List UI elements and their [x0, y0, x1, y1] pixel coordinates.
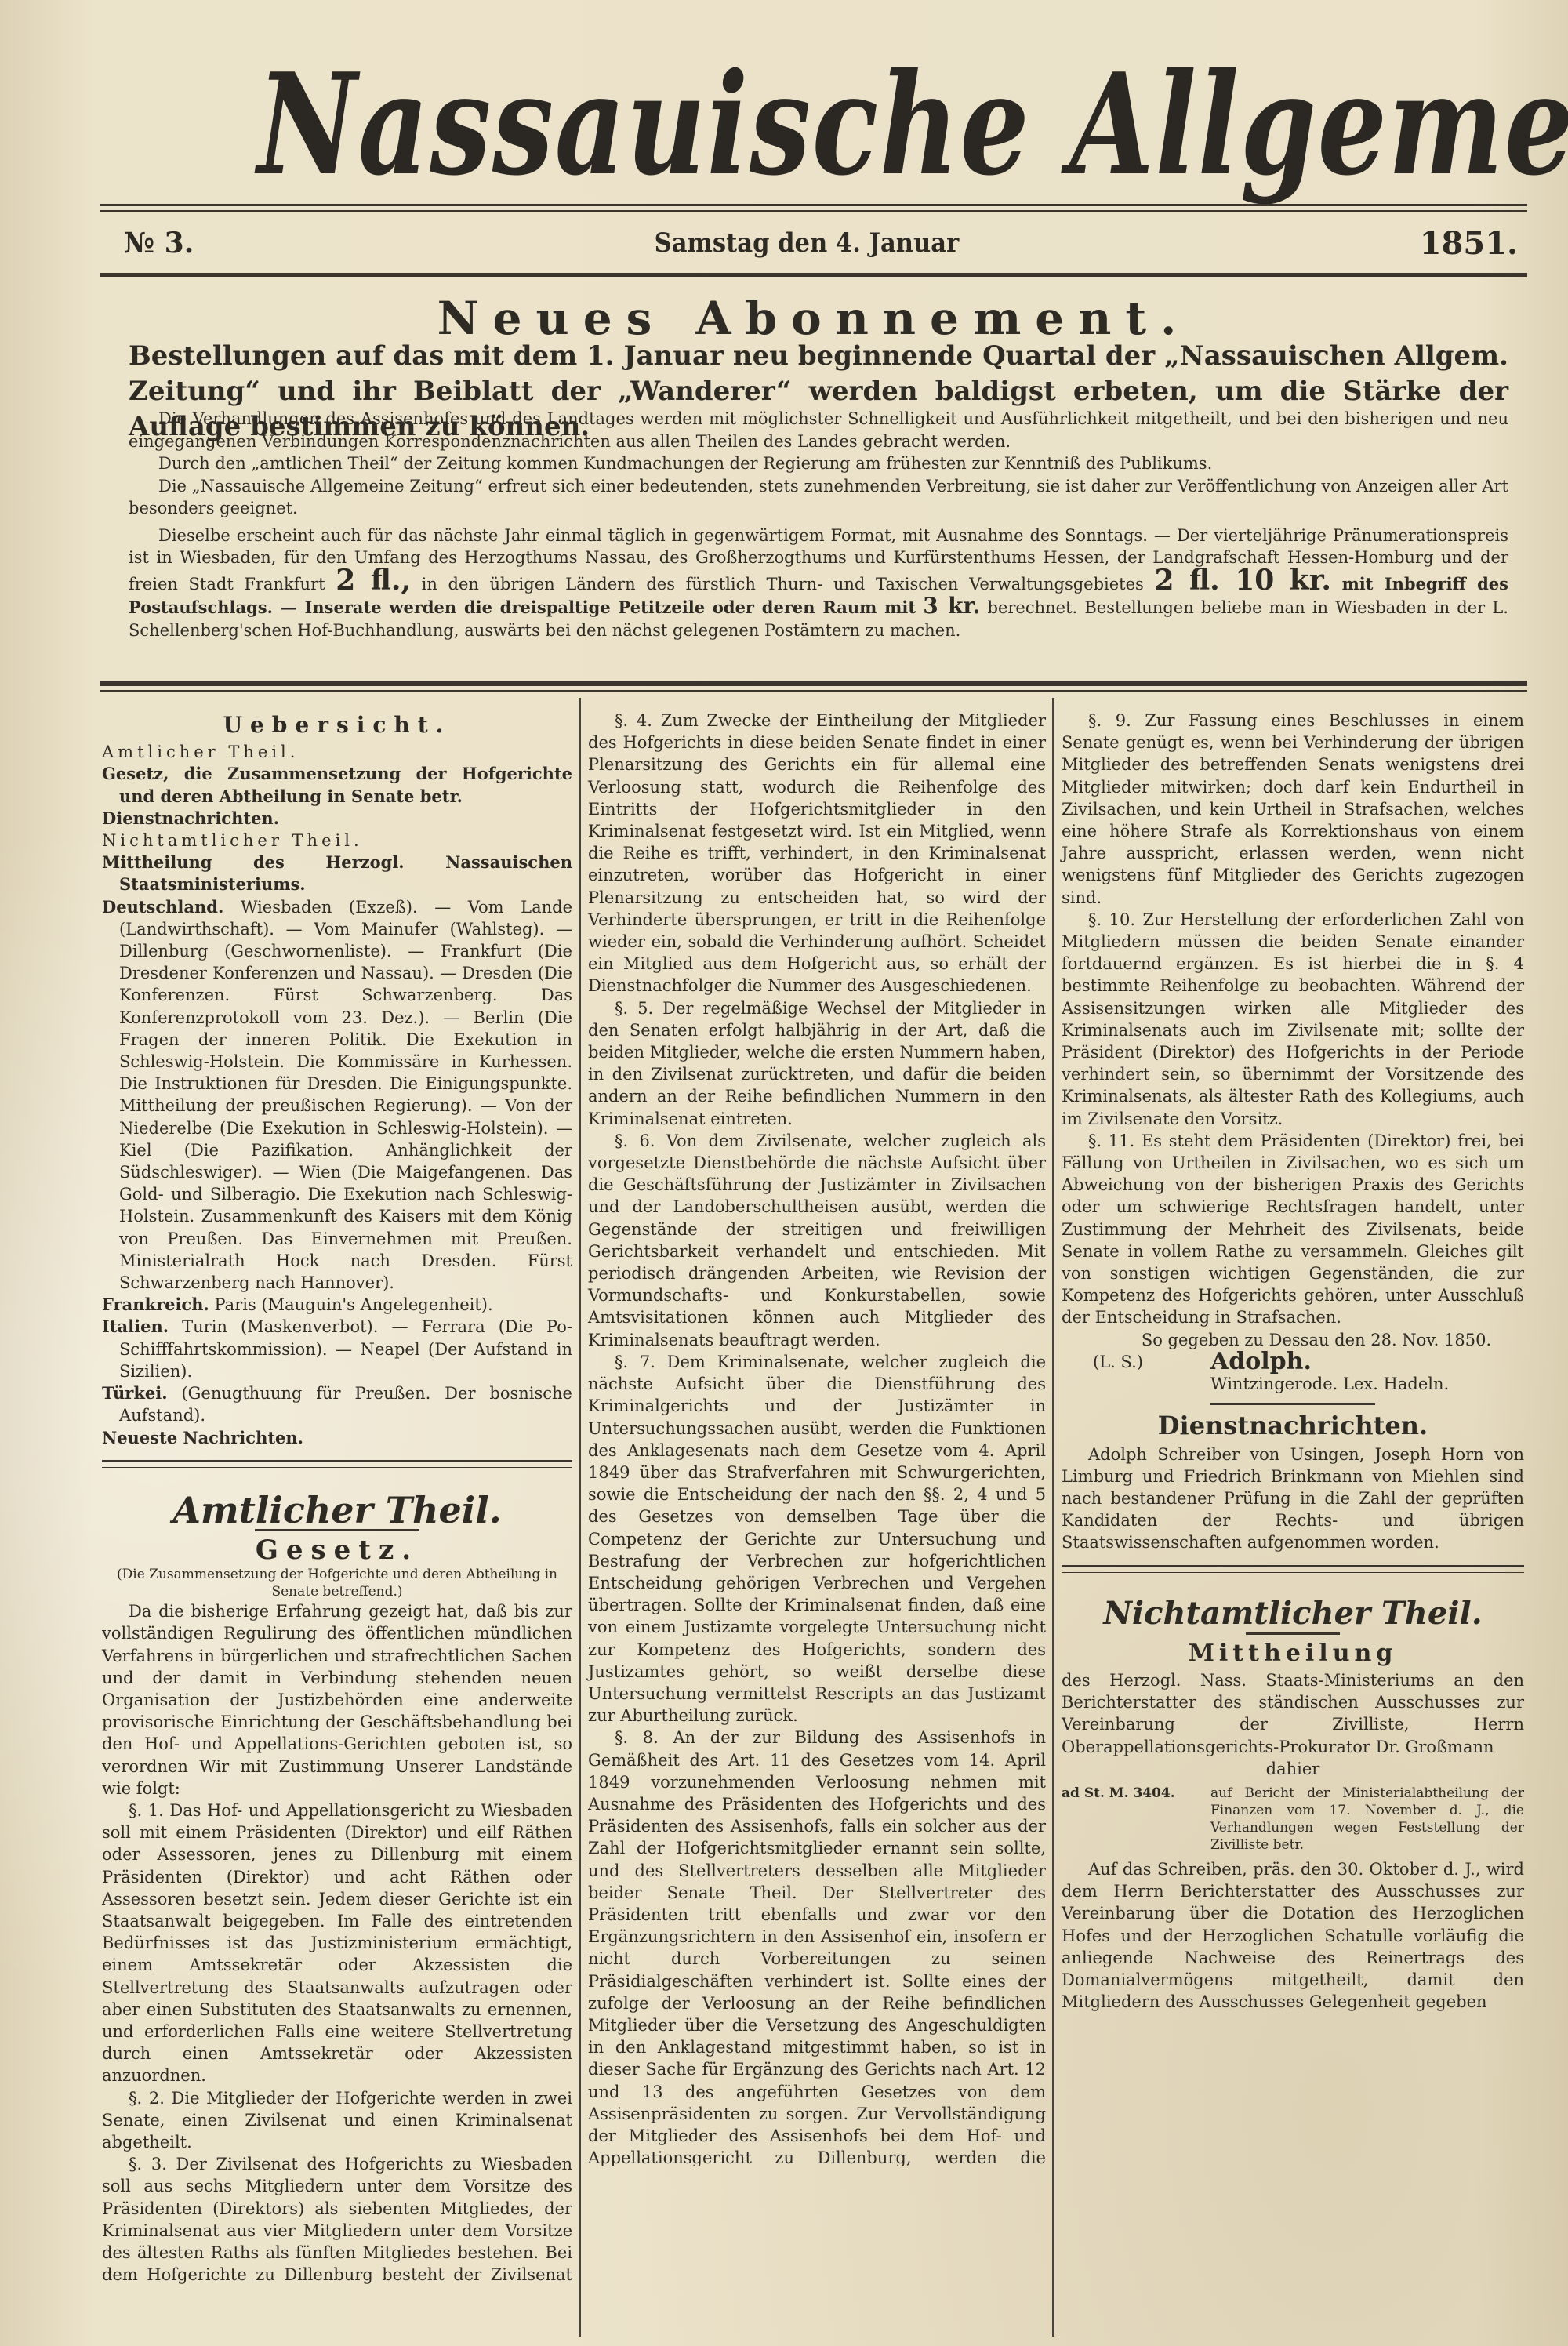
law-preamble: Da die bisherige Erfahrung gezeigt hat, …: [102, 1600, 572, 1799]
section-rule: [100, 681, 1527, 686]
column-3: §. 9. Zur Fassung eines Beschlusses in e…: [1062, 710, 1524, 2013]
law-paragraph: §. 1. Das Hof- und Appellationsgericht z…: [102, 1799, 572, 2087]
overview-country-italien: Italien. Turin (Maskenverbot). — Ferrara…: [102, 1316, 572, 1382]
law-subtitle: (Die Zusammensetzung der Hofgerichte und…: [102, 1566, 572, 1600]
issue-date: Samstag den 4. Januar: [655, 227, 960, 259]
law-paragraph: §. 11. Es steht dem Präsidenten (Direkto…: [1062, 1130, 1524, 1329]
overview-country-deutschland: Deutschland. Wiesbaden (Exzeß). — Vom La…: [102, 896, 572, 1295]
issue-year: 1851.: [1420, 225, 1527, 262]
law-paragraph: §. 9. Zur Fassung eines Beschlusses in e…: [1062, 710, 1524, 909]
newspaper-page: Nassauische Allgemeine Zeitung. № 3. Sam…: [100, 0, 1527, 2346]
subscription-paragraph: Die „Nassauische Allgemeine Zeitung“ erf…: [129, 475, 1508, 520]
dateline-rule: [100, 273, 1527, 277]
notice-body: Auf das Schreiben, präs. den 30. Oktober…: [1062, 1858, 1524, 2013]
notice-title: Mittheilung: [1062, 1643, 1524, 1665]
subscription-title: Neues Abonnement.: [100, 292, 1527, 345]
law-paragraph: §. 2. Die Mitglieder der Hofgerichte wer…: [102, 2087, 572, 2154]
subscription-paragraph: Durch den „amtlichen Theil“ der Zeitung …: [129, 452, 1508, 475]
section-rule: [1062, 1565, 1524, 1573]
law-paragraph: §. 10. Zur Herstellung der erforderliche…: [1062, 909, 1524, 1130]
dateline: № 3. Samstag den 4. Januar 1851.: [100, 221, 1527, 265]
title-rule: [1210, 1403, 1375, 1405]
law-paragraph: §. 3. Der Zivilsenat des Hofgerichts zu …: [102, 2153, 572, 2288]
overview-country-frankreich: Frankreich. Paris (Mauguin's Angelegenhe…: [102, 1294, 572, 1316]
overview-country-tuerkei: Türkei. (Genugthuung für Preußen. Der bo…: [102, 1382, 572, 1426]
official-section-title: Amtlicher Theil.: [102, 1499, 572, 1521]
reference-text: auf Bericht der Ministerialabtheilung de…: [1210, 1785, 1524, 1854]
overview-title: Uebersicht.: [102, 714, 572, 736]
section-rule-thin: [100, 690, 1527, 692]
subscription-paragraph: Die Verhandlungen des Assisenhofes und d…: [129, 408, 1508, 452]
price-outside: 2 fl. 10 kr.: [1154, 564, 1330, 597]
column-divider: [579, 698, 581, 2337]
signer-name: Adolph.: [1210, 1351, 1312, 1373]
seal-mark: (L. S.): [1062, 1351, 1210, 1373]
column-divider: [1052, 698, 1054, 2337]
section-rule: [102, 1460, 572, 1468]
countersignatures: Wintzingerode. Lex. Hadeln.: [1062, 1373, 1524, 1395]
column-2: §. 4. Zum Zwecke der Eintheilung der Mit…: [588, 710, 1046, 2166]
title-rule: [1246, 1632, 1340, 1635]
masthead-rule-top: [100, 204, 1527, 206]
subscription-body: Die Verhandlungen des Assisenhofes und d…: [129, 408, 1508, 641]
unofficial-section-title: Nichtamtlicher Theil.: [1062, 1603, 1524, 1625]
law-signature: (L. S.) Adolph.: [1062, 1351, 1524, 1373]
overview-latest-news: Neueste Nachrichten.: [102, 1427, 572, 1449]
law-title: Gesetz.: [102, 1539, 572, 1561]
subscription-pricing: Dieselbe erscheint auch für das nächste …: [129, 525, 1508, 642]
column-1: Uebersicht. Amtlicher Theil. Gesetz, die…: [102, 710, 572, 2288]
masthead-rule-top-thin: [100, 210, 1527, 212]
notice-place: dahier: [1062, 1758, 1524, 1780]
issue-number: № 3.: [100, 227, 194, 260]
overview-item: Dienstnachrichten.: [102, 808, 572, 830]
service-news-text: Adolph Schreiber von Usingen, Joseph Hor…: [1062, 1444, 1524, 1554]
notice-subtitle: des Herzogl. Nass. Staats-Ministeriums a…: [1062, 1669, 1524, 1758]
notice-reference: ad St. M. 3404. auf Bericht der Minister…: [1062, 1785, 1524, 1854]
overview-item: Amtlicher Theil.: [102, 741, 572, 763]
law-paragraph: §. 5. Der regelmäßige Wechsel der Mitgli…: [588, 997, 1046, 1130]
price-inland: 2 fl.,: [336, 564, 411, 597]
service-news-title: Dienstnachrichten.: [1062, 1414, 1524, 1436]
law-paragraph: §. 7. Dem Kriminalsenate, welcher zuglei…: [588, 1351, 1046, 1727]
overview-item: Nichtamtlicher Theil.: [102, 830, 572, 852]
law-paragraph: §. 6. Von dem Zivilsenate, welcher zugle…: [588, 1130, 1046, 1351]
law-paragraph: §. 4. Zum Zwecke der Eintheilung der Mit…: [588, 710, 1046, 997]
overview-item: Mittheilung des Herzogl. Nassauischen St…: [102, 852, 572, 895]
overview-item: Gesetz, die Zusammensetzung der Hofgeric…: [102, 763, 572, 807]
price-insert: 3 kr.: [923, 593, 980, 619]
reference-number: ad St. M. 3404.: [1062, 1785, 1195, 1854]
law-paragraph: §. 8. An der zur Bildung des Assisenhofs…: [588, 1727, 1046, 2166]
